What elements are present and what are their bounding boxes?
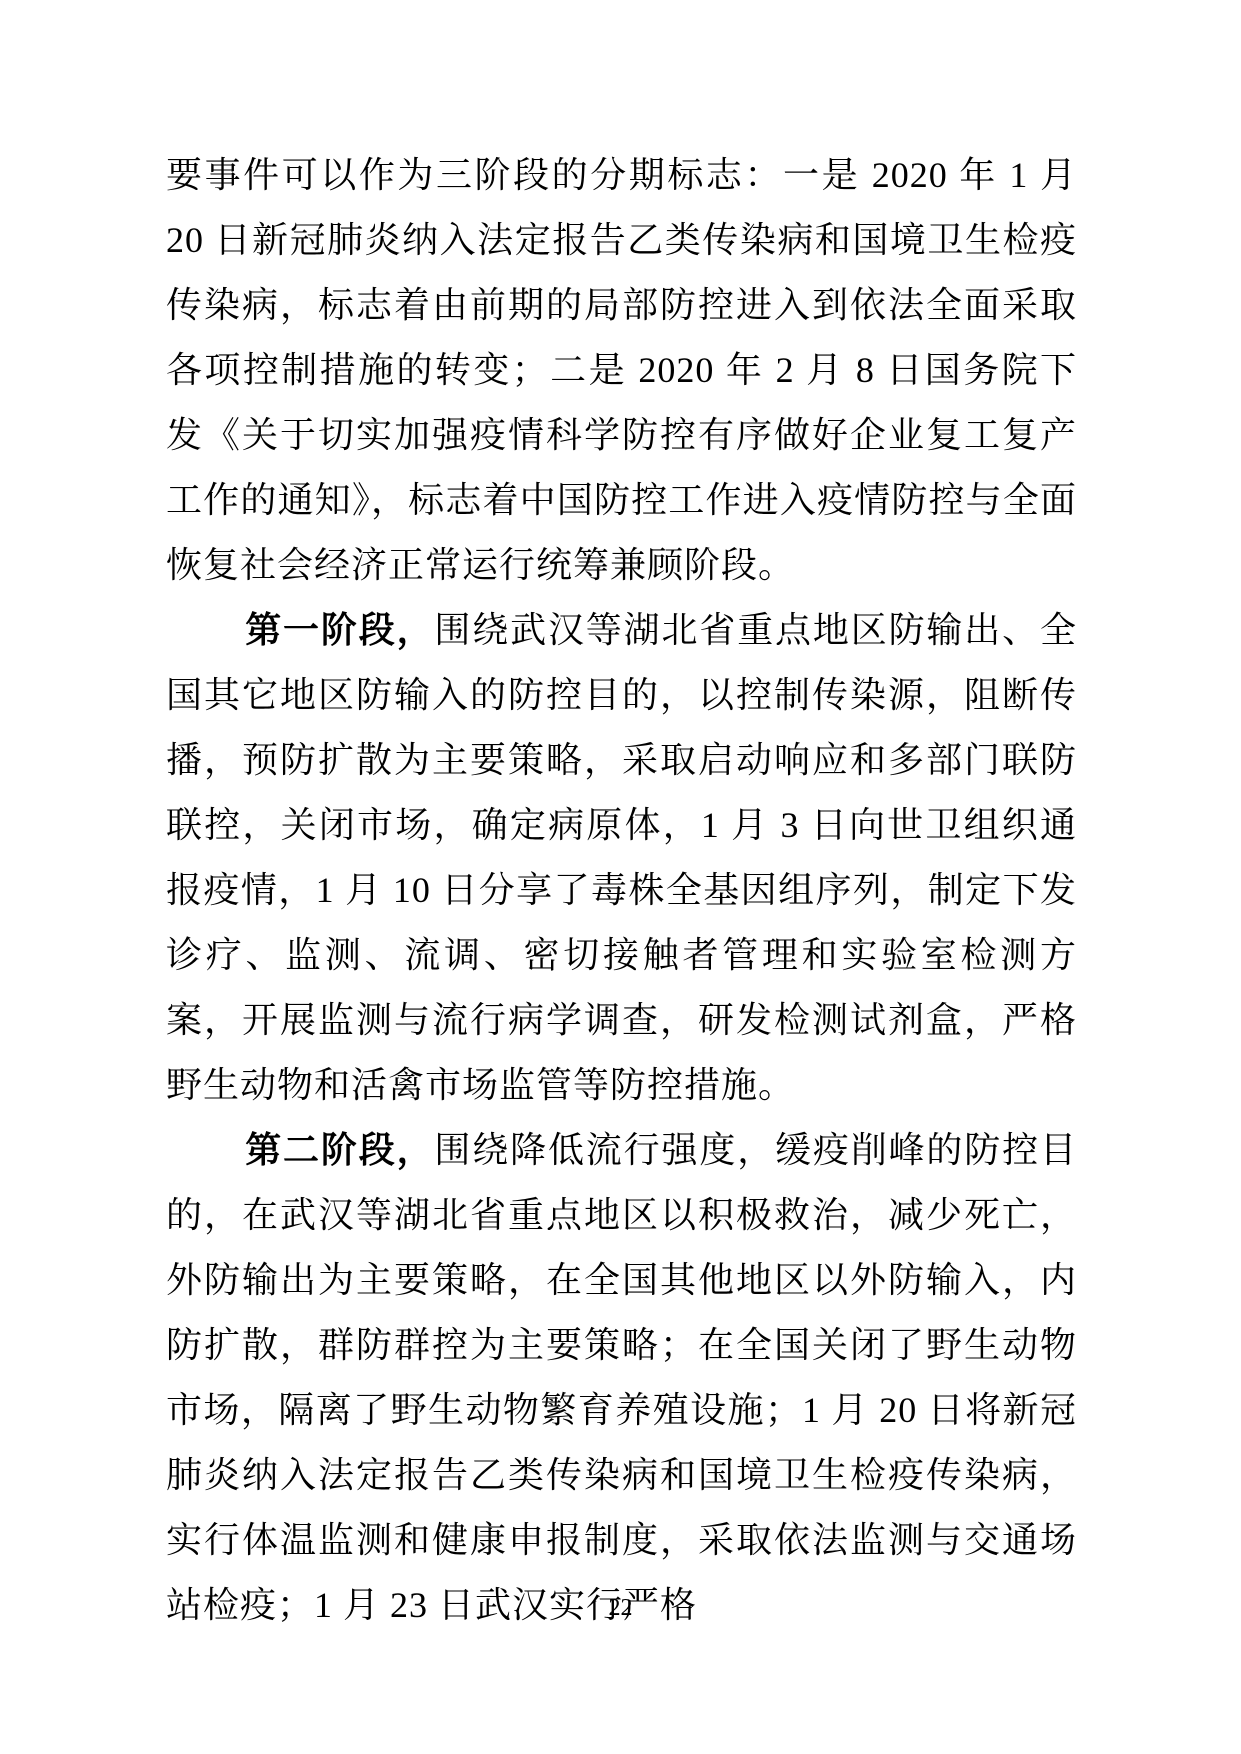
- paragraph-continuation: 要事件可以作为三阶段的分期标志：一是 2020 年 1 月 20 日新冠肺炎纳入…: [166, 143, 1077, 598]
- paragraph-phase-1: 第一阶段，围绕武汉等湖北省重点地区防输出、全国其它地区防输入的防控目的，以控制传…: [166, 598, 1077, 1118]
- paragraph-text: 围绕武汉等湖北省重点地区防输出、全国其它地区防输入的防控目的，以控制传染源，阻断…: [166, 610, 1077, 1105]
- document-page: 要事件可以作为三阶段的分期标志：一是 2020 年 1 月 20 日新冠肺炎纳入…: [0, 0, 1241, 1754]
- paragraph-lead-bold: 第一阶段，: [245, 610, 434, 650]
- paragraph-lead-bold: 第二阶段，: [245, 1130, 434, 1170]
- page-number: 22: [0, 1593, 1241, 1623]
- page-body-text: 要事件可以作为三阶段的分期标志：一是 2020 年 1 月 20 日新冠肺炎纳入…: [166, 143, 1077, 1638]
- paragraph-text: 要事件可以作为三阶段的分期标志：一是 2020 年 1 月 20 日新冠肺炎纳入…: [166, 155, 1077, 585]
- paragraph-phase-2: 第二阶段，围绕降低流行强度，缓疫削峰的防控目的，在武汉等湖北省重点地区以积极救治…: [166, 1118, 1077, 1638]
- paragraph-text: 围绕降低流行强度，缓疫削峰的防控目的，在武汉等湖北省重点地区以积极救治，减少死亡…: [166, 1130, 1077, 1625]
